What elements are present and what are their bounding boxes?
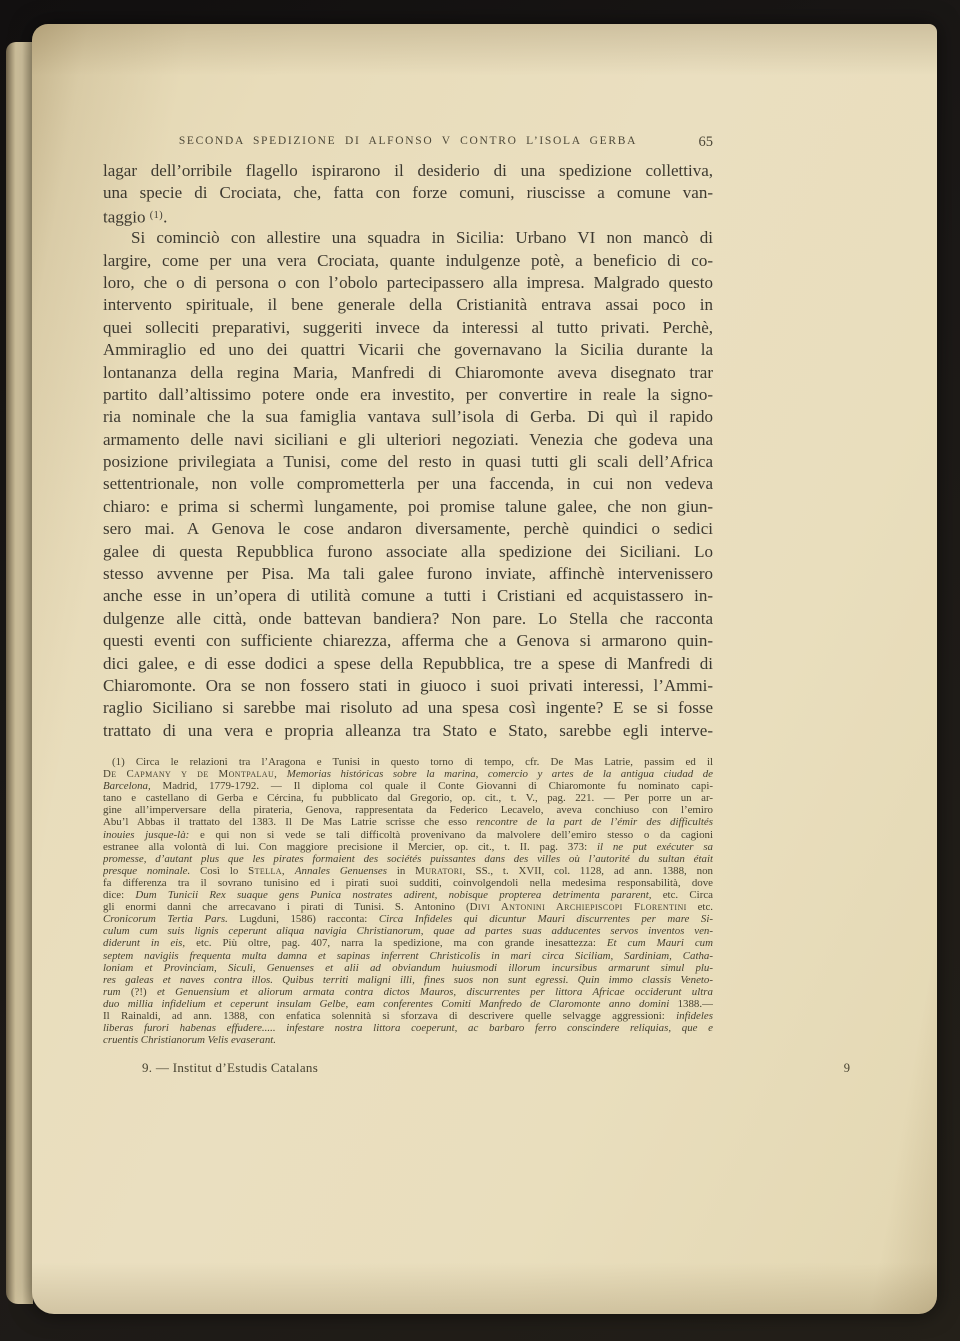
text-segment: presque nominale.: [103, 865, 190, 877]
running-head: SECONDA SPEDIZIONE DI ALFONSO V CONTRO L…: [103, 135, 713, 153]
text-segment: largire, come per una vera Crociata, qua…: [103, 251, 713, 270]
text-segment: (1): [150, 210, 163, 221]
text-segment: loro, che o di persona o con l’obolo par…: [103, 273, 713, 292]
body-line: taggio (1).: [103, 205, 713, 227]
text-segment: Lugduni, 1586) racconta:: [228, 913, 379, 925]
text-segment: sero mai. A Genova le cose andaron diver…: [103, 519, 713, 538]
text-segment: galee di questa Repubblica furono associ…: [103, 542, 713, 561]
text-segment: [277, 768, 287, 780]
text-segment: Si cominciò con allestire una squadra in…: [131, 228, 713, 247]
text-segment: Madrid, 1779-1792. — Il diploma col qual…: [151, 780, 713, 792]
text-segment: Muratori,: [415, 865, 466, 877]
imprint: 9. — Institut d’Estudis Catalans: [142, 1060, 318, 1076]
text-segment: posizione privilegiata a Tunisi, come de…: [103, 452, 713, 471]
footnote-line: estranee alla volontà di lui. Con maggio…: [103, 841, 713, 853]
text-segment: et Genuensium et aliorum armata contra d…: [157, 986, 713, 998]
body-line: intervento spirituale, il bene generale …: [103, 294, 713, 316]
underlying-page-edge: [6, 42, 33, 1304]
text-segment: intervento spirituale, il bene generale …: [103, 295, 713, 314]
footnote-line: duo millia infidelium et ceperunt insula…: [103, 998, 713, 1010]
footnote-line: presque nominale. Così lo Stella, Annale…: [103, 865, 713, 877]
text-segment: Abu’l Abbas il trattato del 1383. Il De …: [103, 816, 476, 828]
text-segment: Il Rainaldi, ad ann. 1388, con enfatica …: [103, 1010, 676, 1022]
text-segment: lagar dell’orribile flagello ispirarono …: [103, 161, 713, 180]
text-segment: quei solleciti preparativi, suggeriti in…: [103, 318, 713, 337]
text-segment: una specie di Crociata, che, fatta con f…: [103, 183, 713, 202]
text-segment: il ne put exécuter sa: [597, 841, 713, 853]
text-segment: estranee alla volontà di lui. Con maggio…: [103, 841, 597, 853]
text-segment: septem navigiis frequenta multa damna et…: [103, 950, 713, 962]
text-segment: questi eventi con sufficiente chiarezza,…: [103, 631, 713, 650]
footnote-line: liberas furori habenas effudere..... inf…: [103, 1022, 713, 1034]
footnote-line: Barcelona, Madrid, 1779-1792. — Il diplo…: [103, 780, 713, 792]
text-segment: gli enormi danni che arrecavano i pirati…: [103, 901, 470, 913]
footnote-line: res galeas et naves contra illos. Quibus…: [103, 974, 713, 986]
body-line: trattato di una vera e propria alleanza …: [103, 720, 713, 742]
text-segment: trattato di una vera e propria alleanza …: [103, 721, 713, 740]
text-segment: dice:: [103, 889, 135, 901]
text-segment: armamento delle navi siciliani e gli ult…: [103, 430, 713, 449]
body-line: lagar dell’orribile flagello ispirarono …: [103, 160, 713, 182]
body-line: settentrionale, non volle comprometterla…: [103, 473, 713, 495]
text-segment: loniam et Provinciam, Siculi, Genuenses …: [103, 962, 713, 974]
text-segment: chiaro: e prima si schermì lungamente, p…: [103, 497, 713, 516]
footnote-line: Cronicorum Tertia Pars. Lugduni, 1586) r…: [103, 913, 713, 925]
footnote-line: promesse, d’autant plus que les pirates …: [103, 853, 713, 865]
page-footer: 9. — Institut d’Estudis Catalans 9: [103, 1060, 850, 1078]
text-segment: promesse, d’autant plus que les pirates …: [103, 853, 713, 865]
footnote-line: rum (?!) et Genuensium et aliorum armata…: [103, 986, 713, 998]
body-line: Ammiraglio ed uno dei quattri Vicarii ch…: [103, 339, 713, 361]
text-segment: 1388.—: [669, 998, 713, 1010]
running-title: SECONDA SPEDIZIONE DI ALFONSO V CONTRO L…: [103, 135, 713, 147]
body-line: armamento delle navi siciliani e gli ult…: [103, 429, 713, 451]
body-line: Si cominciò con allestire una squadra in…: [103, 227, 713, 249]
footnote-line: inouies jusque-là: e qui non si vede se …: [103, 829, 713, 841]
footnote-line: gine all’imperversare della pirateria, G…: [103, 804, 713, 816]
text-segment: cruentis Christianorum Velis evaserant.: [103, 1034, 276, 1046]
text-segment: diderunt in eis,: [103, 937, 185, 949]
text-segment: Circa Infideles qui dicuntur Mauri discu…: [379, 913, 713, 925]
book-page: SECONDA SPEDIZIONE DI ALFONSO V CONTRO L…: [32, 24, 937, 1314]
body-line: stesso avvenne per Pisa. Ma tali galee f…: [103, 563, 713, 585]
page-number: 65: [699, 134, 714, 151]
text-segment: Stella,: [248, 865, 285, 877]
text-segment: raglio Siciliano si sarebbe mai risoluto…: [103, 698, 713, 717]
body-line: anche esse in un’opera di utilità comune…: [103, 585, 713, 607]
footnote-line: culum cum suis lignis ceperunt aliqua na…: [103, 925, 713, 937]
text-segment: Barcelona,: [103, 780, 151, 792]
body-line: dici galee, e di esse dodici a spese del…: [103, 653, 713, 675]
footnote-line: cruentis Christianorum Velis evaserant.: [103, 1034, 713, 1046]
text-segment: tano e castellano di Gerba e Cércina, fu…: [103, 792, 713, 804]
text-segment: Annales Genuenses: [295, 865, 387, 877]
text-segment: culum cum suis lignis ceperunt aliqua na…: [103, 925, 713, 937]
text-segment: Divi Antonini Archiepiscopi Florentini: [470, 901, 687, 913]
text-segment: res galeas et naves contra illos. Quibus…: [103, 974, 713, 986]
text-segment: (?!): [121, 986, 157, 998]
text-segment: anche esse in un’opera di utilità comune…: [103, 586, 713, 605]
footnote-line: fa differenza tra il sovrano tunisino ed…: [103, 877, 713, 889]
text-segment: .: [163, 207, 167, 226]
text-segment: in: [387, 865, 415, 877]
text-segment: Et cum Mauri cum: [607, 937, 713, 949]
footnote: (1) Circa le relazioni tra l’Aragona e T…: [103, 756, 713, 1046]
body-line: chiaro: e prima si schermì lungamente, p…: [103, 496, 713, 518]
text-segment: inouies jusque-là:: [103, 829, 189, 841]
text-segment: rencontre de la part de l’émir des diffi…: [476, 816, 713, 828]
text-segment: Chiaromonte. Ora se non fossero stati in…: [103, 676, 713, 695]
body-line: posizione privilegiata a Tunisi, come de…: [103, 451, 713, 473]
body-line: una specie di Crociata, che, fatta con f…: [103, 182, 713, 204]
body-line: ria nominale che la sua famiglia vantava…: [103, 406, 713, 428]
body-line: dulgenze alle città, onde battevan bandi…: [103, 608, 713, 630]
text-segment: dulgenze alle città, onde battevan bandi…: [103, 609, 713, 628]
text-segment: fa differenza tra il sovrano tunisino ed…: [103, 877, 713, 889]
paragraph: lagar dell’orribile flagello ispirarono …: [103, 160, 713, 227]
footer-page-number: 9: [844, 1061, 850, 1076]
text-segment: settentrionale, non volle comprometterla…: [103, 474, 713, 493]
text-segment: [285, 865, 295, 877]
text-segment: etc.: [687, 901, 713, 913]
footnote-line: diderunt in eis, etc. Più oltre, pag. 40…: [103, 937, 713, 949]
footnote-line: Il Rainaldi, ad ann. 1388, con enfatica …: [103, 1010, 713, 1022]
body-line: galee di questa Repubblica furono associ…: [103, 541, 713, 563]
text-segment: Cronicorum Tertia Pars.: [103, 913, 228, 925]
text-segment: SS., t. XVII, col. 1128, ad ann. 1388, n…: [466, 865, 713, 877]
text-segment: partito dall’altissimo potere onde era i…: [103, 385, 713, 404]
text-segment: Memorias históricas sobre la marina, com…: [287, 768, 713, 780]
text-segment: ria nominale che la sua famiglia vantava…: [103, 407, 713, 426]
text-segment: (1) Circa le relazioni tra l’Aragona e T…: [112, 756, 713, 768]
body-line: questi eventi con sufficiente chiarezza,…: [103, 630, 713, 652]
footnote-line: loniam et Provinciam, Siculi, Genuenses …: [103, 962, 713, 974]
scanned-book-photo: { "colors": { "background": "#1b1815", "…: [0, 0, 960, 1341]
text-segment: taggio: [103, 207, 150, 226]
body-line: largire, come per una vera Crociata, qua…: [103, 250, 713, 272]
text-segment: Ammiraglio ed uno dei quattri Vicarii ch…: [103, 340, 713, 359]
footnote-line: dice: Dum Tunicii Rex suaque gens Punica…: [103, 889, 713, 901]
text-segment: gine all’imperversare della pirateria, G…: [103, 804, 713, 816]
footnote-line: Abu’l Abbas il trattato del 1383. Il De …: [103, 816, 713, 828]
text-segment: liberas furori habenas effudere..... inf…: [103, 1022, 713, 1034]
body-line: partito dall’altissimo potere onde era i…: [103, 384, 713, 406]
text-segment: Dum Tunicii Rex suaque gens Punica nostr…: [135, 889, 651, 901]
text-segment: duo millia infidelium et ceperunt insula…: [103, 998, 669, 1010]
paragraph: Si cominciò con allestire una squadra in…: [103, 227, 713, 742]
text-segment: e qui non si vede se tali difficoltà pro…: [189, 829, 713, 841]
body-line: sero mai. A Genova le cose andaron diver…: [103, 518, 713, 540]
footnote-line: septem navigiis frequenta multa damna et…: [103, 950, 713, 962]
body-line: loro, che o di persona o con l’obolo par…: [103, 272, 713, 294]
footnote-line: gli enormi danni che arrecavano i pirati…: [103, 901, 713, 913]
text-segment: lontananza della regina Maria, Manfredi …: [103, 363, 713, 382]
text-segment: infideles: [676, 1010, 713, 1022]
text-segment: stesso avvenne per Pisa. Ma tali galee f…: [103, 564, 713, 583]
footnote-line: tano e castellano di Gerba e Cércina, fu…: [103, 792, 713, 804]
footnote-line: De Capmany y de Montpalau, Memorias hist…: [103, 768, 713, 780]
footnote-line: (1) Circa le relazioni tra l’Aragona e T…: [103, 756, 713, 768]
text-segment: dici galee, e di esse dodici a spese del…: [103, 654, 713, 673]
text-segment: etc. Circa: [651, 889, 713, 901]
body-line: lontananza della regina Maria, Manfredi …: [103, 362, 713, 384]
text-segment: rum: [103, 986, 121, 998]
body-text: lagar dell’orribile flagello ispirarono …: [103, 160, 713, 742]
body-line: Chiaromonte. Ora se non fossero stati in…: [103, 675, 713, 697]
body-line: raglio Siciliano si sarebbe mai risoluto…: [103, 697, 713, 719]
text-segment: Così lo: [190, 865, 248, 877]
text-segment: etc. Più oltre, pag. 407, narra la spedi…: [185, 937, 607, 949]
text-segment: De Capmany y de Montpalau,: [103, 768, 277, 780]
body-line: quei solleciti preparativi, suggeriti in…: [103, 317, 713, 339]
